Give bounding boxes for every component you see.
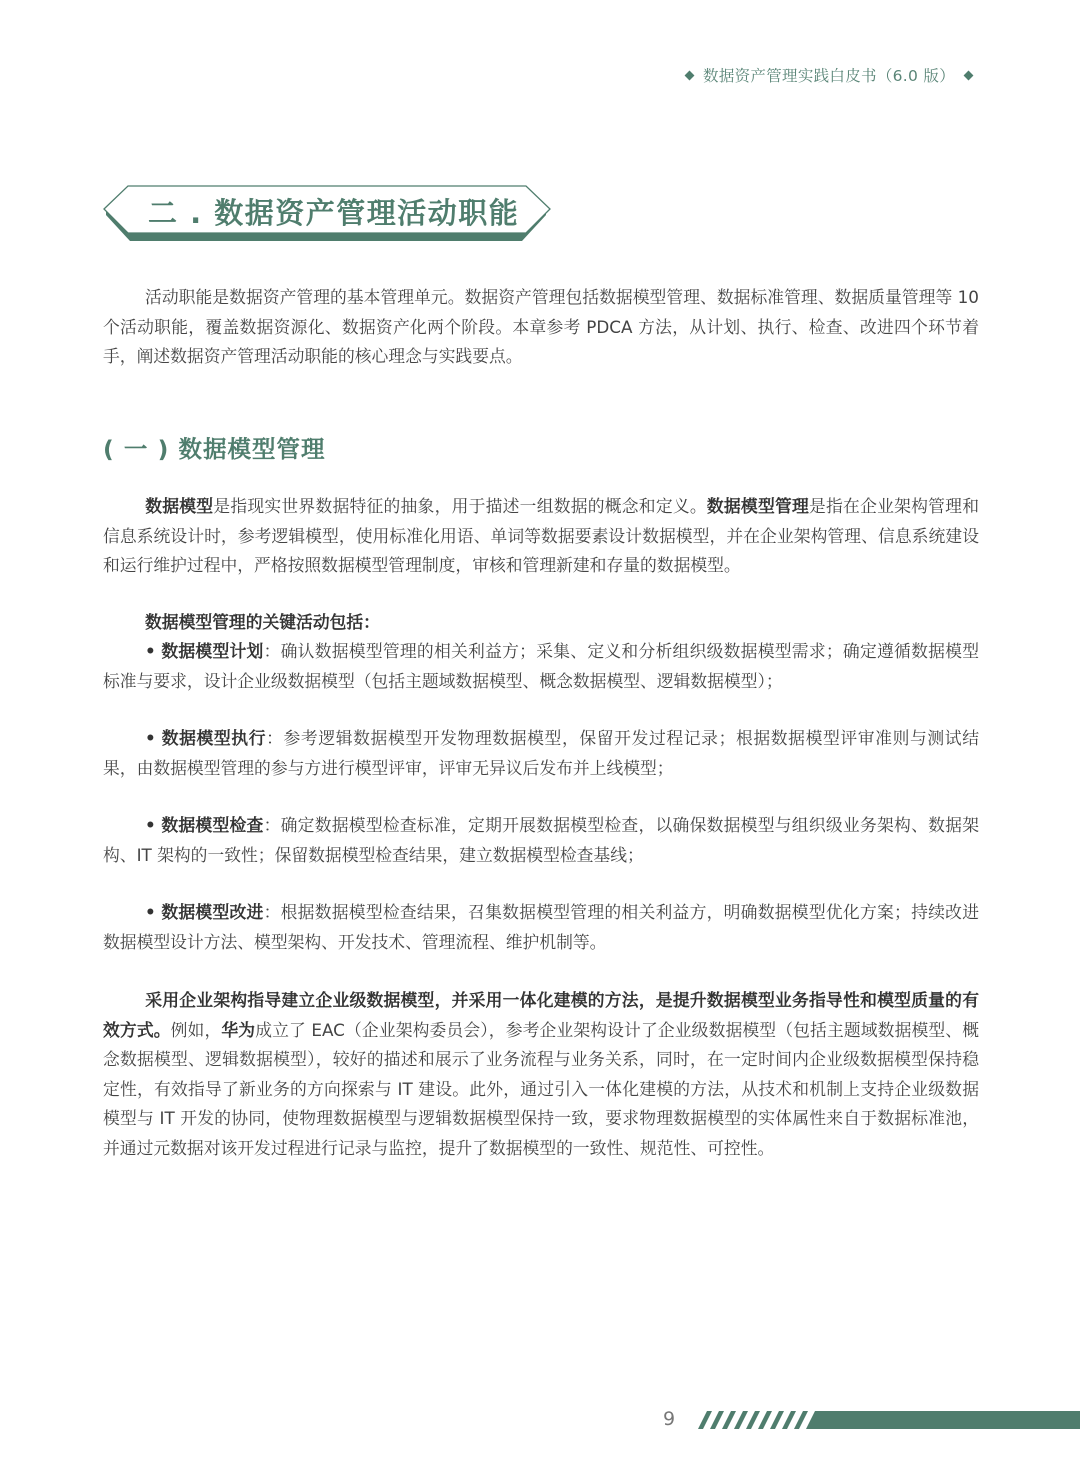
activity-item-plan: • 数据模型计划：确认数据模型管理的相关利益方；采集、定义和分析组织级数据模型需… bbox=[103, 637, 979, 696]
practice-text-a: 例如， bbox=[171, 1020, 222, 1040]
bullet-icon: • bbox=[145, 641, 156, 661]
diamond-icon bbox=[685, 70, 695, 80]
intro-text: 活动职能是数据资产管理的基本管理单元。数据资产管理包括数据模型管理、数据标准管理… bbox=[103, 287, 979, 366]
bullet-icon: • bbox=[145, 815, 156, 835]
bullet-icon: • bbox=[145, 902, 156, 922]
activity-item-execute: • 数据模型执行：参考逻辑数据模型开发物理数据模型，保留开发过程记录；根据数据模… bbox=[103, 724, 979, 783]
activity-label: 数据模型改进 bbox=[161, 902, 263, 922]
activities-heading-text: 数据模型管理的关键活动包括： bbox=[145, 612, 380, 632]
diamond-icon bbox=[964, 70, 974, 80]
page-number: 9 bbox=[663, 1408, 675, 1430]
practice-text-b: 成立了 EAC（企业架构委员会），参考企业架构设计了企业级数据模型（包括主题域数… bbox=[103, 1020, 979, 1158]
practice-paragraph: 采用企业架构指导建立企业级数据模型，并采用一体化建模的方法，是提升数据模型业务指… bbox=[103, 986, 979, 1163]
activity-label: 数据模型执行 bbox=[162, 728, 266, 748]
definition-paragraph: 数据模型是指现实世界数据特征的抽象，用于描述一组数据的概念和定义。数据模型管理是… bbox=[103, 492, 979, 581]
section-intro: 活动职能是数据资产管理的基本管理单元。数据资产管理包括数据模型管理、数据标准管理… bbox=[103, 283, 979, 372]
running-header: 数据资产管理实践白皮书（6.0 版） bbox=[682, 64, 976, 86]
company-name: 华为 bbox=[221, 1020, 255, 1040]
term-data-model-management: 数据模型管理 bbox=[707, 496, 809, 516]
activity-item-improve: • 数据模型改进：根据数据模型检查结果，召集数据模型管理的相关利益方，明确数据模… bbox=[103, 898, 979, 957]
bullet-icon: • bbox=[145, 728, 156, 748]
term-data-model: 数据模型 bbox=[145, 496, 213, 516]
section-title-banner: 二 . 数据资产管理活动职能 bbox=[100, 183, 552, 243]
document-title: 数据资产管理实践白皮书（6.0 版） bbox=[703, 64, 955, 86]
stripe-bar-icon bbox=[698, 1411, 1080, 1429]
subsection-title: ( 一 ) 数据模型管理 bbox=[103, 430, 326, 464]
activity-label: 数据模型检查 bbox=[161, 815, 263, 835]
activities-heading: 数据模型管理的关键活动包括： bbox=[103, 608, 979, 638]
activity-label: 数据模型计划 bbox=[161, 641, 263, 661]
footer-stripe-bar bbox=[698, 1411, 1080, 1433]
section-title: 二 . 数据资产管理活动职能 bbox=[148, 191, 519, 232]
definition-text-1: 是指现实世界数据特征的抽象，用于描述一组数据的概念和定义。 bbox=[213, 496, 707, 516]
activity-item-check: • 数据模型检查：确定数据模型检查标准，定期开展数据模型检查，以确保数据模型与组… bbox=[103, 811, 979, 870]
